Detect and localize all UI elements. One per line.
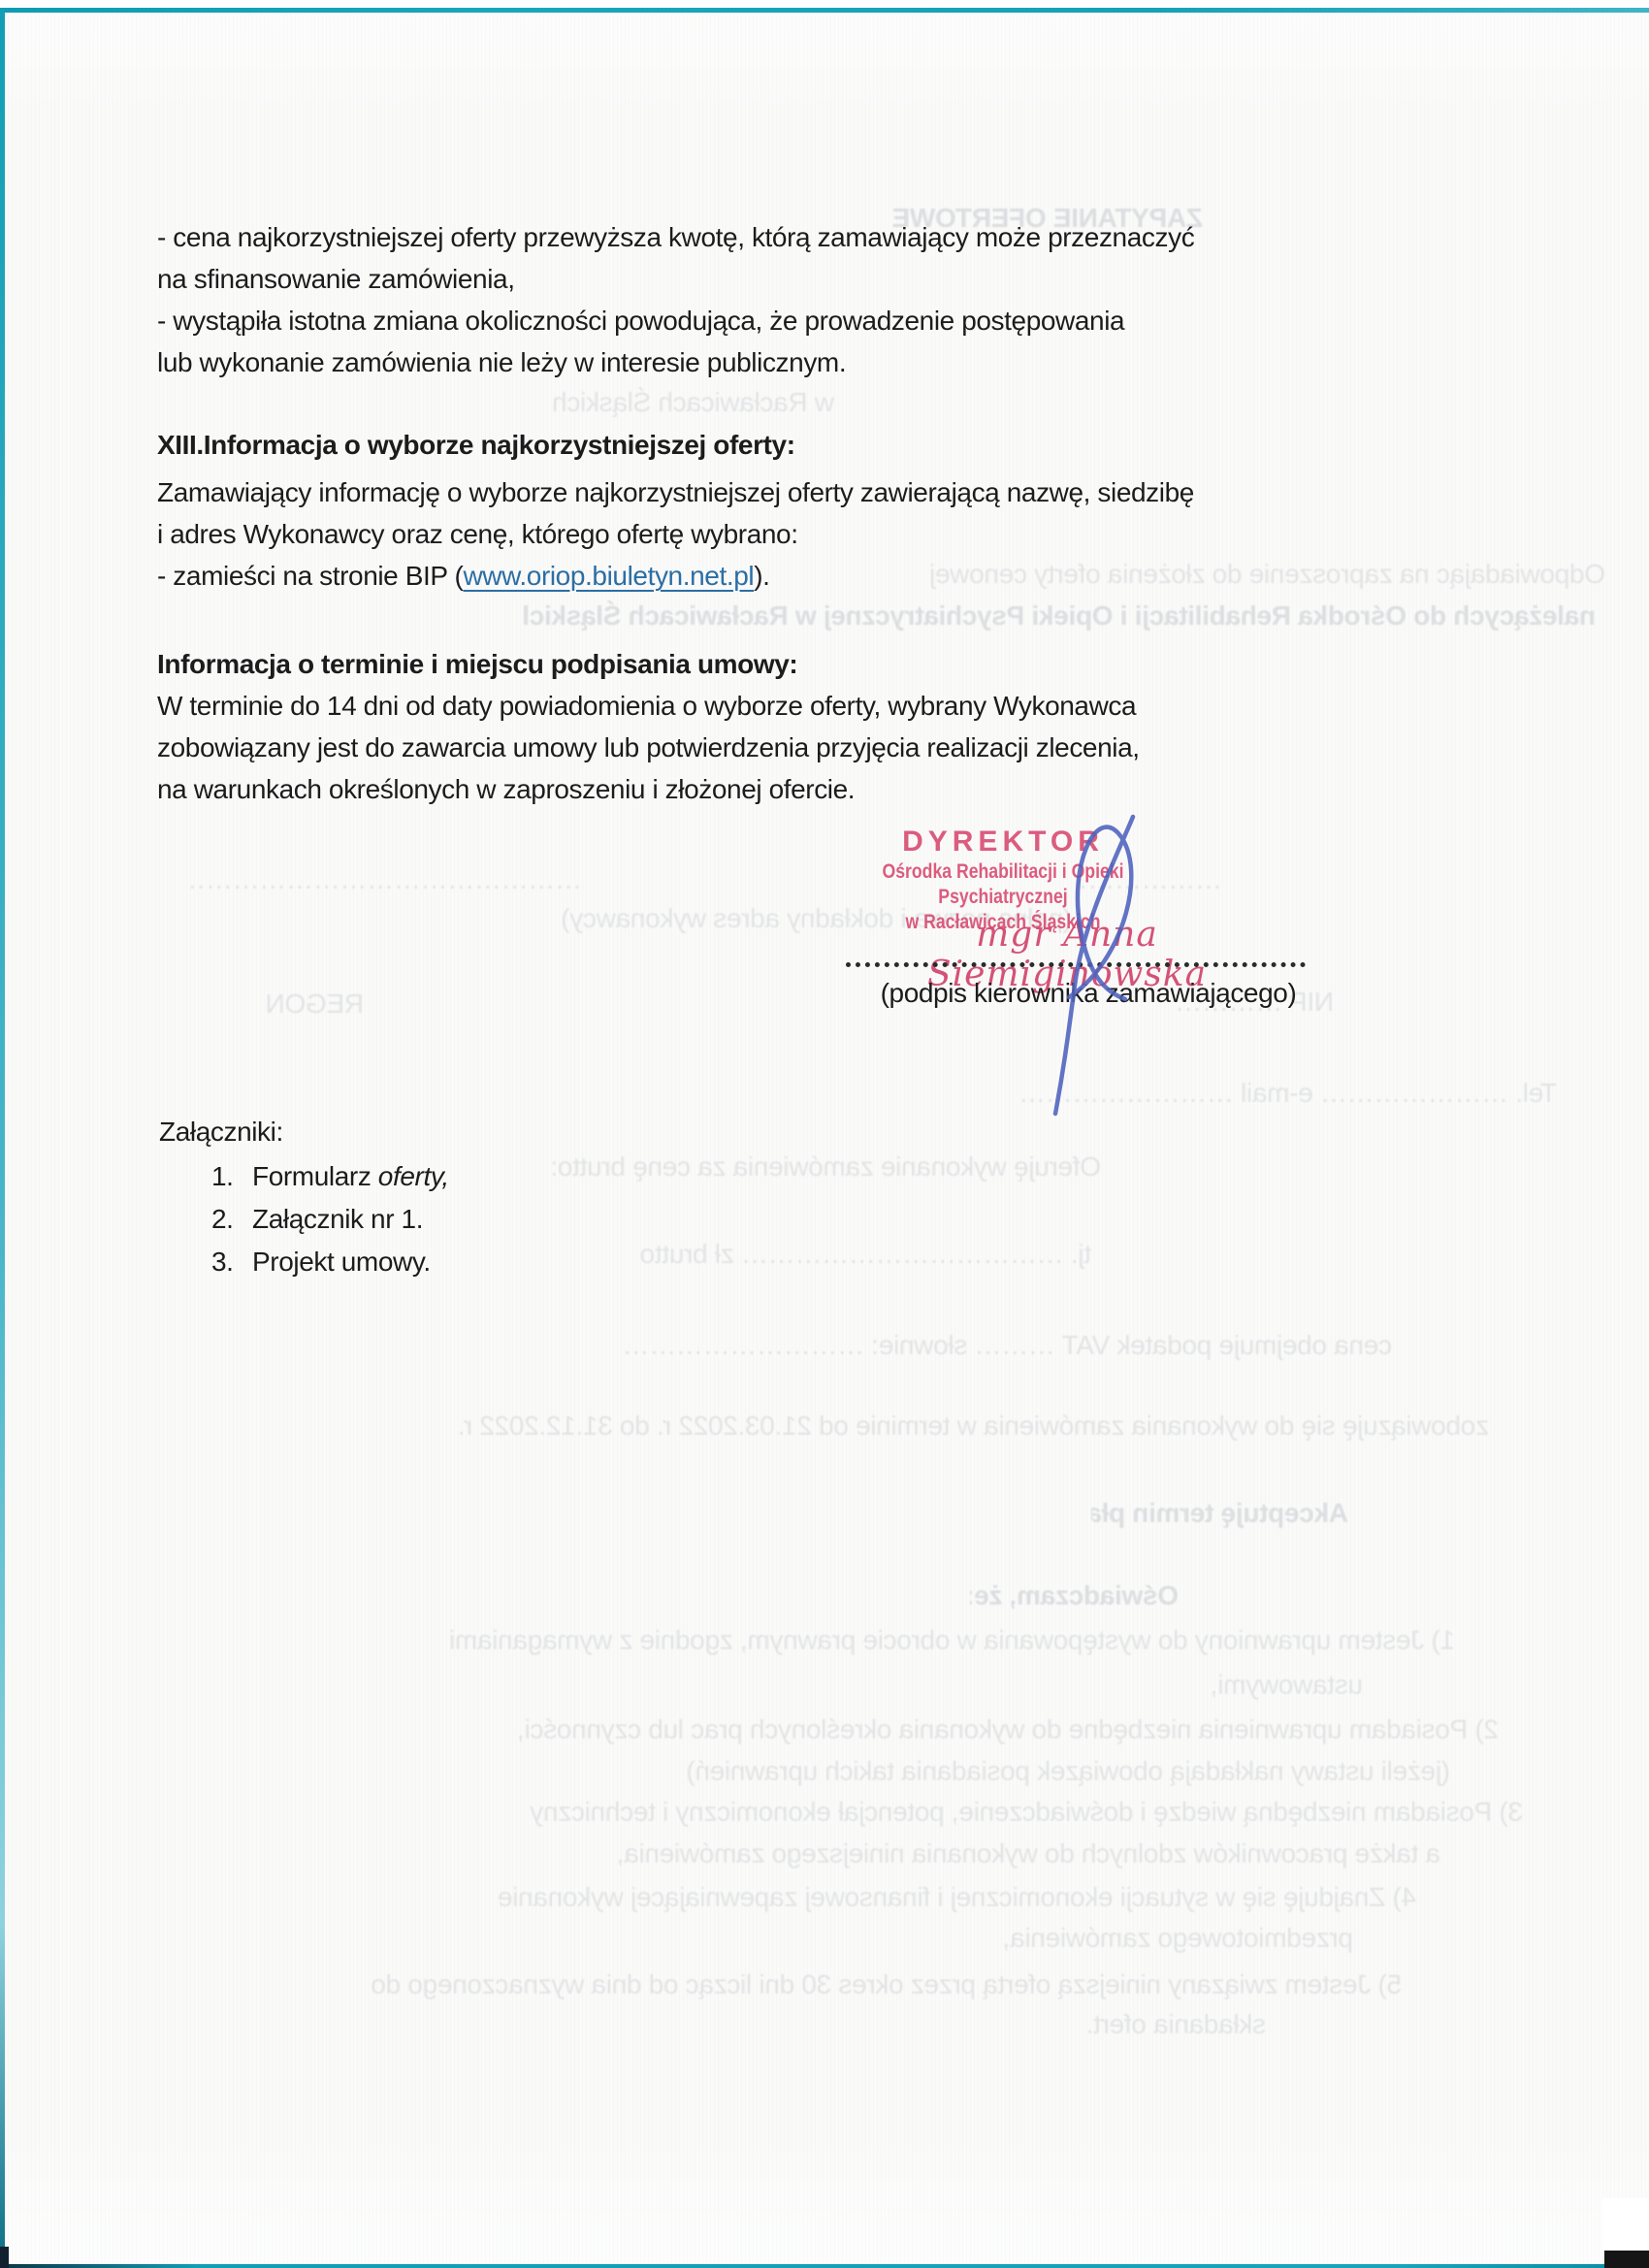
list-item-number: 1.	[211, 1155, 252, 1198]
bip-line-suffix: ).	[754, 561, 769, 591]
list-item-number: 3.	[211, 1241, 252, 1283]
section-heading-offer-choice: XIII.Informacja o wyborze najkorzystniej…	[157, 424, 1476, 466]
document-content: - cena najkorzystniejszej oferty przewyż…	[0, 0, 1649, 2268]
stamp-title: DYREKTOR	[790, 825, 1216, 859]
stamp-org-line1: Ośrodka Rehabilitacji i Opieki Psychiatr…	[824, 859, 1182, 910]
list-item-label: Projekt umowy.	[252, 1247, 431, 1277]
signature-dotted-line	[846, 931, 1306, 967]
attachments-list: 1.Formularz oferty, 2.Załącznik nr 1. 3.…	[211, 1155, 449, 1283]
paragraph-contract-signing: W terminie do 14 dni od daty powiadomien…	[157, 685, 1476, 810]
bip-link[interactable]: www.oriop.biuletyn.net.pl	[463, 561, 754, 591]
paragraph-offer-choice: Zamawiający informację o wyborze najkorz…	[157, 471, 1476, 555]
scanned-page: ZAPYTANIE OFERTOWEw Racławicach Śląskich…	[0, 0, 1649, 2268]
attachments-heading: Załączniki:	[159, 1111, 1478, 1152]
bip-line-prefix: - zamieści na stronie BIP (	[157, 561, 463, 591]
section-heading-contract-signing: Informacja o terminie i miejscu podpisan…	[157, 643, 1476, 685]
list-item: 3.Projekt umowy.	[211, 1241, 449, 1283]
list-item-label: Formularz	[252, 1161, 378, 1191]
list-item-label-italic: oferty,	[378, 1161, 449, 1191]
list-item: 2.Załącznik nr 1.	[211, 1198, 449, 1241]
line-bip-publication: - zamieści na stronie BIP (www.oriop.biu…	[157, 555, 1476, 597]
paragraph-withdrawal-conditions: - cena najkorzystniejszej oferty przewyż…	[157, 216, 1476, 383]
list-item: 1.Formularz oferty,	[211, 1155, 449, 1198]
list-item-label: Załącznik nr 1.	[252, 1204, 423, 1234]
signature-caption: (podpis kierownika zamawiającego)	[846, 978, 1331, 1009]
list-item-number: 2.	[211, 1198, 252, 1241]
